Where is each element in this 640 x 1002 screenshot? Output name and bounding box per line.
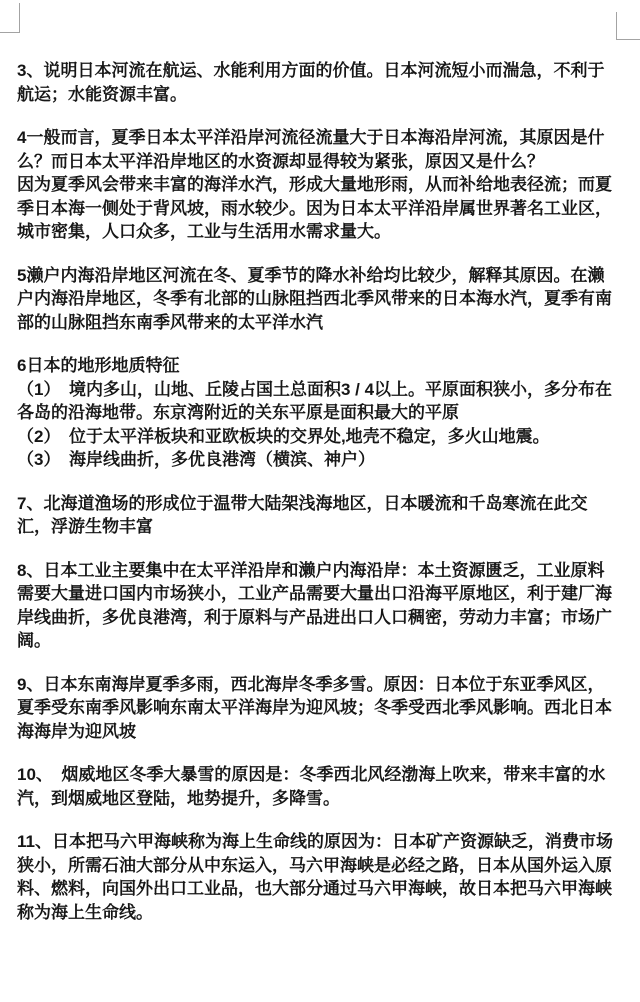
- item-6-line-1: 6日本的地形地质特征: [17, 354, 617, 378]
- item-6-line-2: （1） 境内多山，山地、丘陵占国土总面积3 / 4以上。平原面积狭小，多分布在各…: [17, 378, 617, 425]
- paragraph-item-6: 6日本的地形地质特征（1） 境内多山，山地、丘陵占国土总面积3 / 4以上。平原…: [17, 354, 617, 472]
- item-6-line-4: （3） 海岸线曲折，多优良港湾（横滨、神户）: [17, 448, 617, 472]
- document-body: 3、说明日本河流在航运、水能利用方面的价值。日本河流短小而湍急，不利于航运；水能…: [0, 0, 640, 1002]
- item-8-line-1: 8、日本工业主要集中在太平洋沿岸和濑户内海沿岸：本土资源匮乏，工业原料需要大量进…: [17, 559, 617, 653]
- paragraph-item-8: 8、日本工业主要集中在太平洋沿岸和濑户内海沿岸：本土资源匮乏，工业原料需要大量进…: [17, 559, 617, 653]
- item-4-line-2: 因为夏季风会带来丰富的海洋水汽，形成大量地形雨，从而补给地表径流；而夏季日本海一…: [17, 173, 617, 244]
- scanned-notes-page: { "page": { "background_color": "#ffffff…: [0, 0, 640, 1002]
- paragraph-item-9: 9、日本东南海岸夏季多雨，西北海岸冬季多雪。原因：日本位于东亚季风区，夏季受东南…: [17, 673, 617, 744]
- item-11-line-1: 11、日本把马六甲海峡称为海上生命线的原因为：日本矿产资源缺乏，消费市场狭小，所…: [17, 830, 617, 924]
- paragraph-item-5: 5濑户内海沿岸地区河流在冬、夏季节的降水补给均比较少，解释其原因。在濑户内海沿岸…: [17, 264, 617, 335]
- item-10-line-1: 10、 烟威地区冬季大暴雪的原因是：冬季西北风经渤海上吹来，带来丰富的水汽，到烟…: [17, 763, 617, 810]
- paragraph-item-3: 3、说明日本河流在航运、水能利用方面的价值。日本河流短小而湍急，不利于航运；水能…: [17, 59, 617, 106]
- item-7-line-1: 7、北海道渔场的形成位于温带大陆架浅海地区，日本暖流和千岛寒流在此交汇，浮游生物…: [17, 492, 617, 539]
- paragraph-item-11: 11、日本把马六甲海峡称为海上生命线的原因为：日本矿产资源缺乏，消费市场狭小，所…: [17, 830, 617, 924]
- paragraph-item-4: 4一般而言，夏季日本太平洋沿岸河流径流量大于日本海沿岸河流，其原因是什么？而日本…: [17, 126, 617, 244]
- item-4-line-1: 4一般而言，夏季日本太平洋沿岸河流径流量大于日本海沿岸河流，其原因是什么？而日本…: [17, 126, 617, 173]
- paragraph-item-10: 10、 烟威地区冬季大暴雪的原因是：冬季西北风经渤海上吹来，带来丰富的水汽，到烟…: [17, 763, 617, 810]
- item-9-line-1: 9、日本东南海岸夏季多雨，西北海岸冬季多雪。原因：日本位于东亚季风区，夏季受东南…: [17, 673, 617, 744]
- item-6-line-3: （2） 位于太平洋板块和亚欧板块的交界处,地壳不稳定，多火山地震。: [17, 425, 617, 449]
- paragraph-item-7: 7、北海道渔场的形成位于温带大陆架浅海地区，日本暖流和千岛寒流在此交汇，浮游生物…: [17, 492, 617, 539]
- item-5-line-1: 5濑户内海沿岸地区河流在冬、夏季节的降水补给均比较少，解释其原因。在濑户内海沿岸…: [17, 264, 617, 335]
- item-3-line-1: 3、说明日本河流在航运、水能利用方面的价值。日本河流短小而湍急，不利于航运；水能…: [17, 59, 617, 106]
